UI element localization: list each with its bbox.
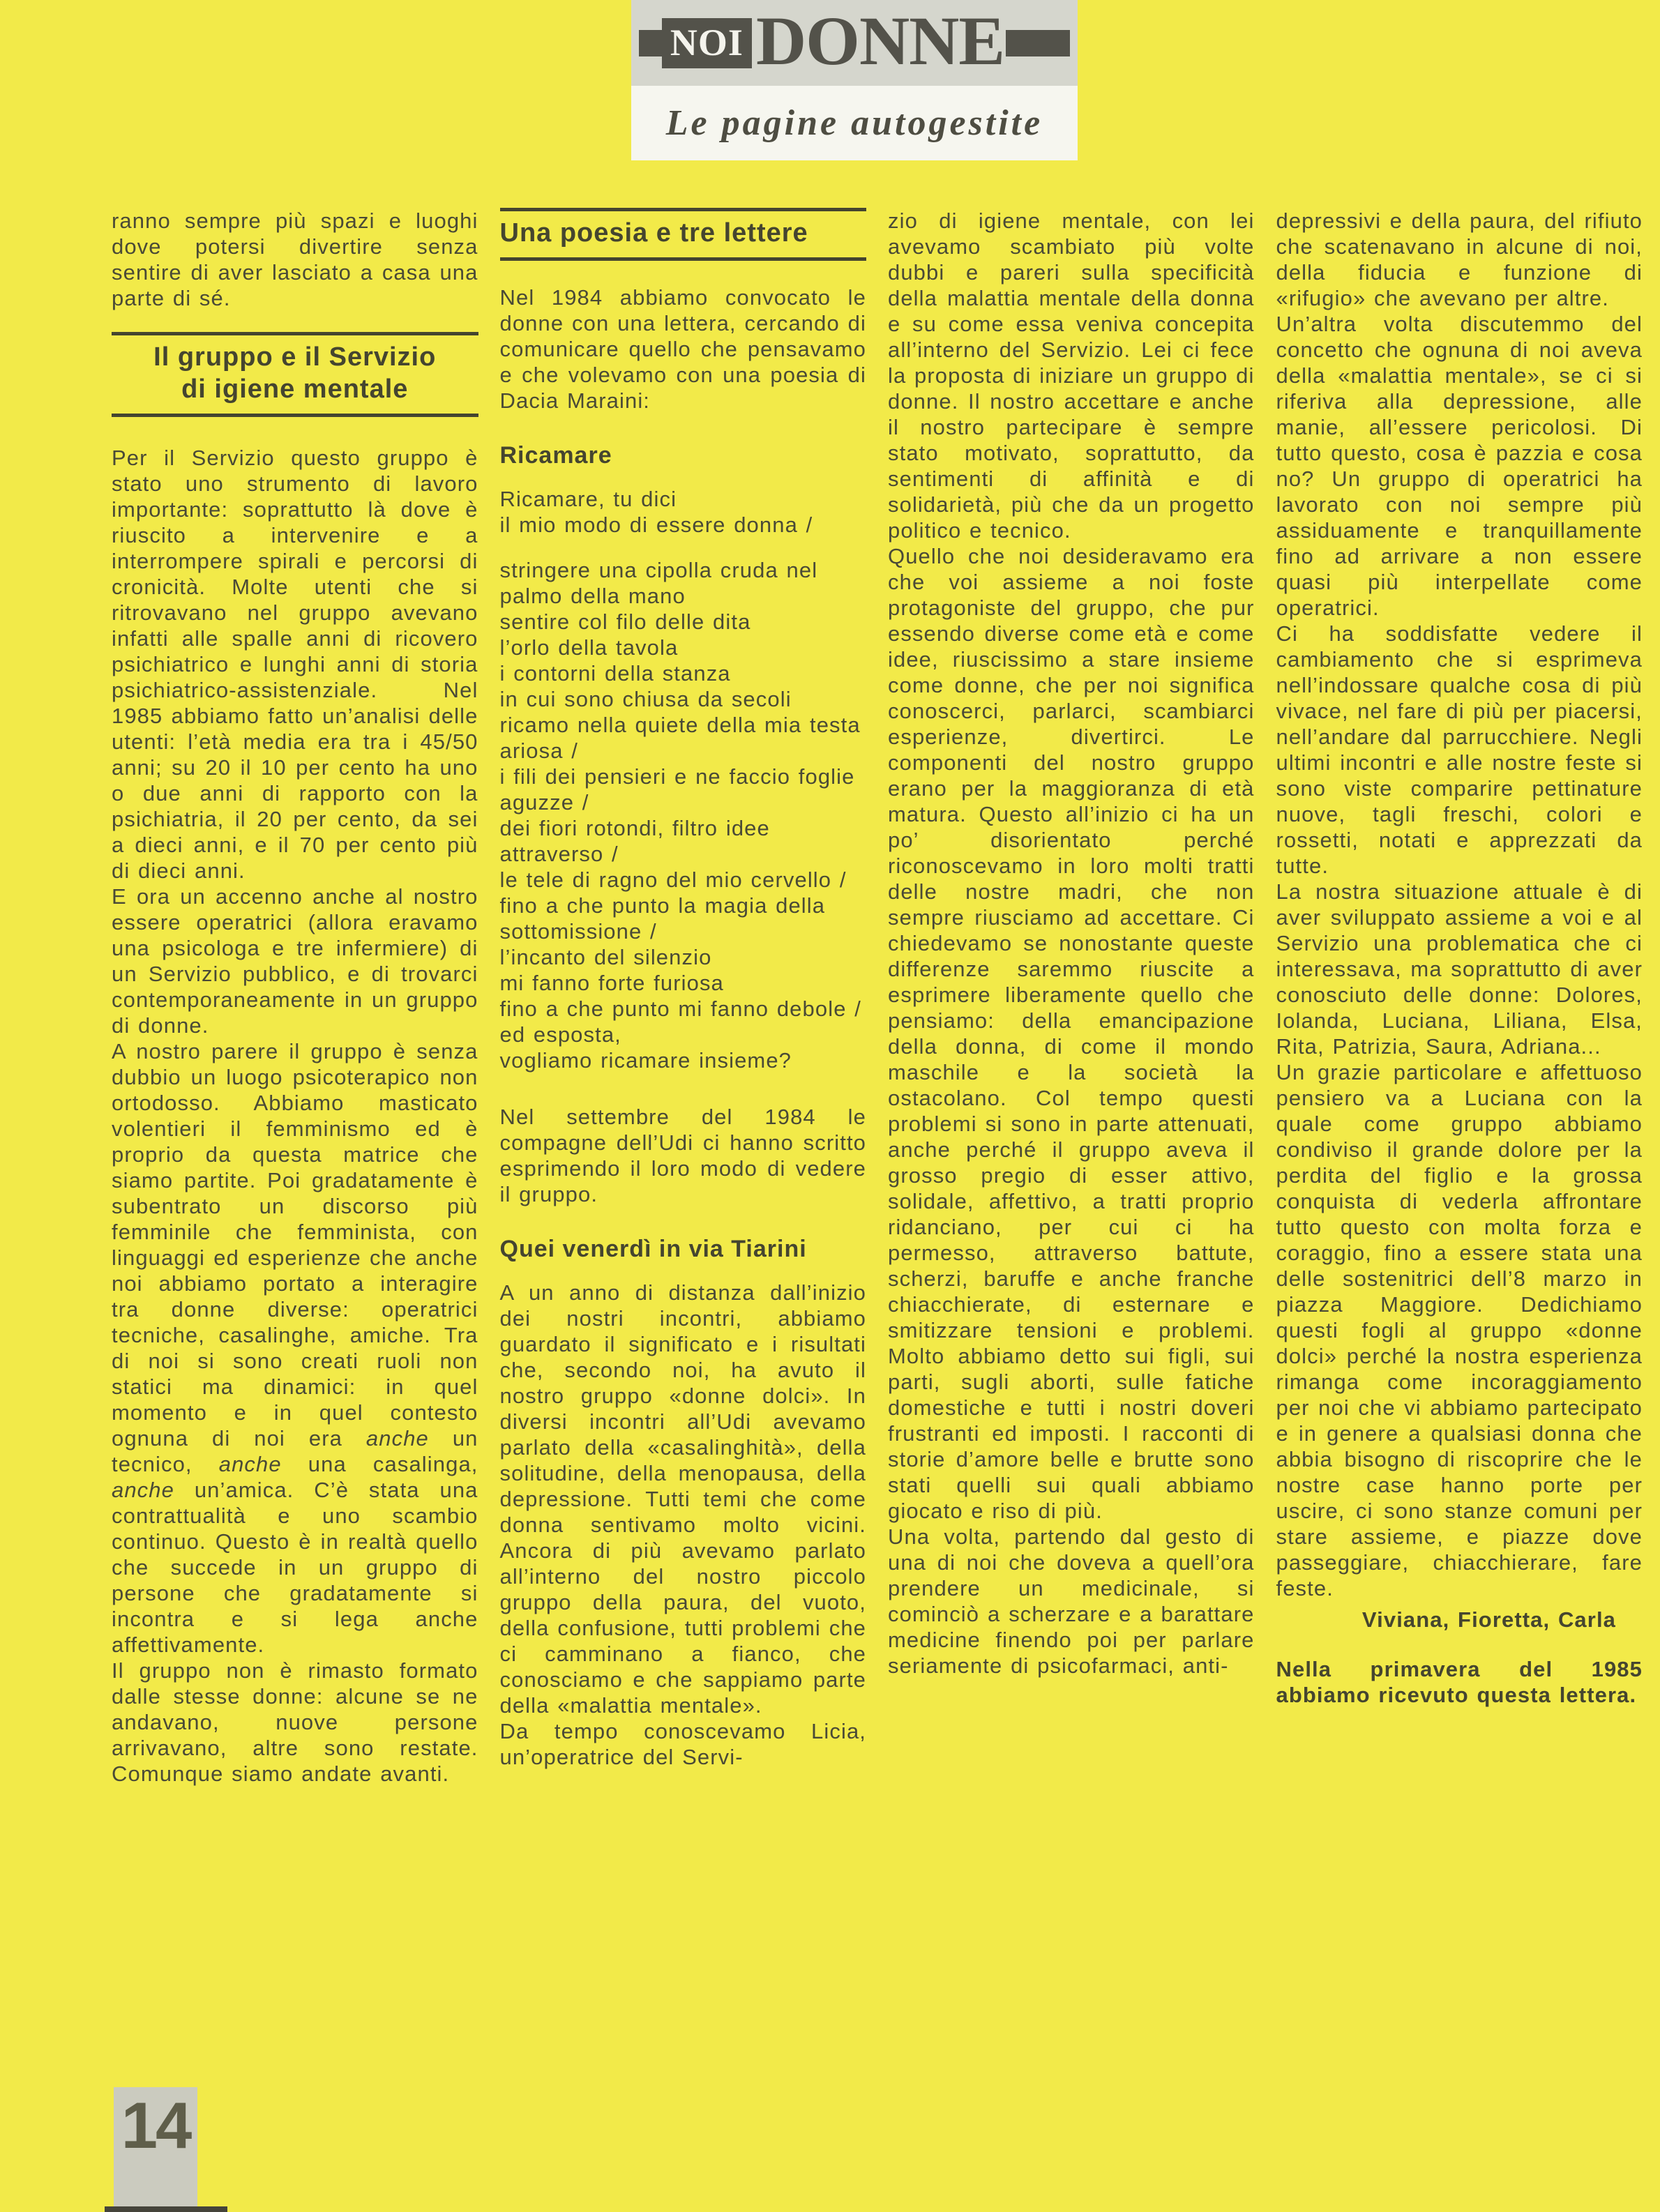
poem-line: il mio modo di essere donna /: [500, 512, 867, 538]
paragraph-segment: A nostro parere il gruppo è senza dubbio…: [112, 1039, 478, 1450]
subheading: Quei venerdì in via Tiarini: [500, 1235, 867, 1263]
paragraph: Una volta, partendo dal gesto di una di …: [888, 1524, 1255, 1679]
poem-line: ed esposta,: [500, 1022, 867, 1047]
paragraph: Quello che noi desideravamo era che voi …: [888, 543, 1255, 1524]
scan-edge-artifact: [105, 2206, 227, 2212]
paragraph: Ci ha soddisfatte vedere il cambiamento …: [1276, 621, 1643, 879]
masthead-logo-band: NOI DONNE: [631, 0, 1078, 86]
column-3: zio di igiene mentale, con lei avevamo s…: [888, 208, 1255, 1787]
poem-line: dei fiori rotondi, filtro idee attravers…: [500, 815, 867, 867]
poem-line: i contorni della stanza: [500, 660, 867, 686]
poem-line: mi fanno forte furiosa: [500, 970, 867, 996]
column-2: Una poesia e tre lettere Nel 1984 abbiam…: [500, 208, 867, 1787]
paragraph: Un’altra volta discutemmo del concetto c…: [1276, 311, 1643, 621]
poem: Ricamare, tu dici il mio modo di essere …: [500, 486, 867, 1073]
paragraph: Un grazie particolare e affettuoso pensi…: [1276, 1059, 1643, 1601]
poem-line: sentire col filo delle dita: [500, 609, 867, 635]
paragraph: Nel 1984 abbiamo convocato le donne con …: [500, 285, 867, 414]
paragraph: E ora un accenno anche al nostro essere …: [112, 884, 478, 1038]
paragraph: A nostro parere il gruppo è senza dubbio…: [112, 1038, 478, 1658]
emphasized-word: anche: [366, 1426, 429, 1450]
poem-line: i fili dei pensieri e ne faccio foglie a…: [500, 764, 867, 815]
poem-line: fino a che punto mi fanno debole /: [500, 996, 867, 1022]
paragraph: Per il Servizio questo gruppo è stato un…: [112, 445, 478, 884]
poem-line: l’orlo della tavola: [500, 635, 867, 660]
paragraph: Il gruppo non è rimasto formato dalle st…: [112, 1658, 478, 1787]
column-4: depressivi e della paura, del rifiuto ch…: [1276, 208, 1643, 1787]
poem-line: Ricamare, tu dici: [500, 486, 867, 512]
section-heading: Una poesia e tre lettere: [500, 208, 867, 261]
poem-line: vogliamo ricamare insieme?: [500, 1047, 867, 1073]
paragraph: Nel settembre del 1984 le compagne dell’…: [500, 1104, 867, 1207]
poem-line: fino a che punto la magia della sottomis…: [500, 893, 867, 944]
logo-left-bar-icon: [639, 30, 662, 56]
paragraph: La nostra situazione attuale è di aver s…: [1276, 879, 1643, 1059]
noi-donne-logo: NOI DONNE: [639, 10, 1070, 77]
emphasized-word: anche: [112, 1478, 174, 1502]
logo-right-bar-icon: [1006, 30, 1070, 56]
paragraph-segment: una casalinga,: [282, 1452, 478, 1476]
emphasized-word: anche: [219, 1452, 282, 1476]
poem-line: stringere una cipolla cruda nel palmo de…: [500, 557, 867, 609]
section-heading: Il gruppo e il Servizio di igiene mental…: [112, 332, 478, 417]
paragraph-continuation: ranno sempre più spazi e luoghi dove pot…: [112, 208, 478, 311]
paragraph-continuation: depressivi e della paura, del rifiuto ch…: [1276, 208, 1643, 311]
logo-donne: DONNE: [756, 10, 1004, 73]
masthead-tagline-band: Le pagine autogestite: [631, 86, 1078, 160]
section-heading-line: Il gruppo e il Servizio: [112, 341, 478, 373]
article-columns: ranno sempre più spazi e luoghi dove pot…: [112, 208, 1643, 1787]
poem-line: le tele di ragno del mio cervello /: [500, 867, 867, 893]
magazine-page: NOI DONNE Le pagine autogestite ranno se…: [0, 0, 1660, 2212]
poem-title: Ricamare: [500, 441, 867, 469]
paragraph: A un anno di distanza dall’inizio dei no…: [500, 1280, 867, 1718]
tagline: Le pagine autogestite: [666, 103, 1043, 144]
section-heading-line: di igiene mentale: [112, 373, 478, 405]
masthead: NOI DONNE Le pagine autogestite: [631, 0, 1078, 160]
poem-line: in cui sono chiusa da secoli: [500, 686, 867, 712]
signature: Viviana, Fioretta, Carla: [1276, 1607, 1643, 1633]
paragraph-segment: un’amica. C’è stata una contrattualità e…: [112, 1478, 478, 1657]
poem-line: ricamo nella quiete della mia testa ario…: [500, 712, 867, 764]
page-number-box: 14: [114, 2087, 197, 2212]
closing-note: Nella primavera del 1985 abbiamo ricevut…: [1276, 1656, 1643, 1708]
page-number: 14: [121, 2093, 190, 2158]
poem-line: l’incanto del silenzio: [500, 944, 867, 970]
paragraph-continuation: zio di igiene mentale, con lei avevamo s…: [888, 208, 1255, 543]
column-1: ranno sempre più spazi e luoghi dove pot…: [112, 208, 478, 1787]
paragraph: Da tempo conoscevamo Licia, un’operatric…: [500, 1718, 867, 1770]
logo-noi: NOI: [662, 18, 752, 68]
